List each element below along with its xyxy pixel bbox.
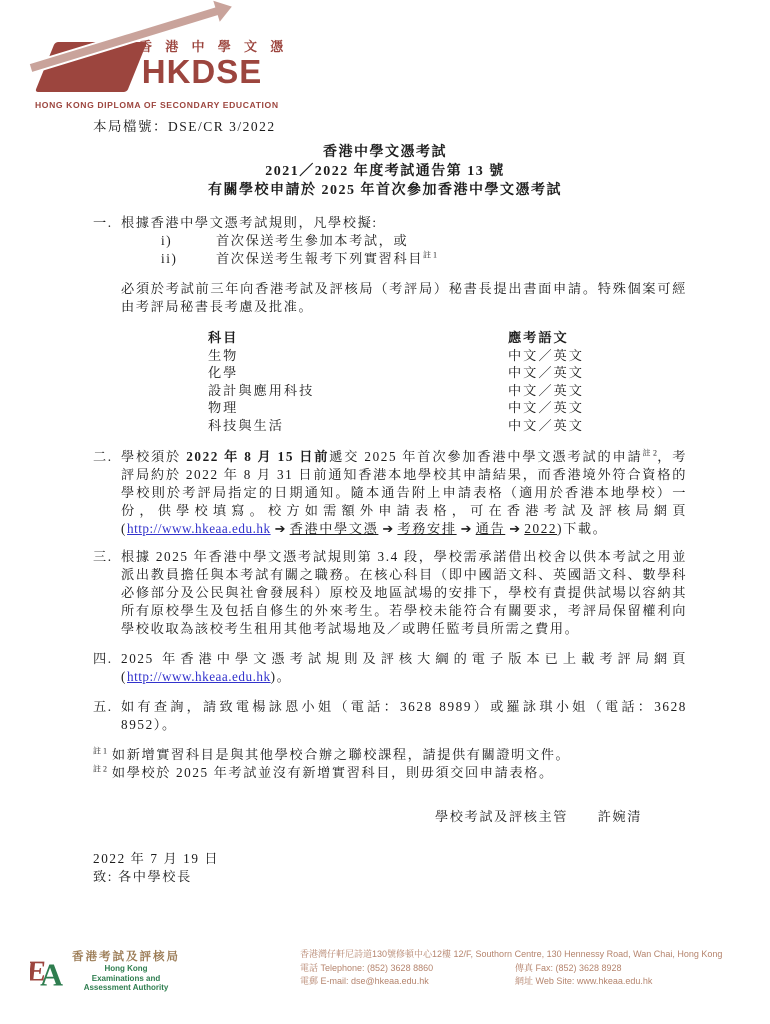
arrow-right-icon: ➔ xyxy=(378,521,397,536)
language-cell: 中文／英文 xyxy=(508,364,584,382)
paragraph-4-number: 四. xyxy=(93,650,121,686)
nav-path-item: 考務安排 xyxy=(397,521,456,536)
paragraph-3-body: 根據 2025 年香港中學文憑考試規則第 3.4 段，學校需承諾借出校舍以供本考… xyxy=(121,548,687,638)
footnote-1-marker: 註 1 xyxy=(93,747,107,756)
subjects-table: 科目 應考語文 生物 中文／英文 化學 中文／英文 設計與應用科技 中文／英文 xyxy=(208,329,687,434)
paragraph-1-intro: 根據香港中學文憑考試規則，凡學校擬: xyxy=(121,214,687,232)
footer-website: 網址 Web Site: www.hkeaa.edu.hk xyxy=(515,975,652,989)
notice-document-page: 香 港 中 學 文 憑 HKDSE HONG KONG DIPLOMA OF S… xyxy=(0,0,770,1024)
footer-fax: 傳真 Fax: (852) 3628 8928 xyxy=(515,962,622,976)
hkeaa-footer: E A 香港考試及評核局 Hong Kong Examinations and … xyxy=(30,948,742,994)
footnote-2-text: 如學校於 2025 年考試並沒有新增實習科目，則毋須交回申請表格。 xyxy=(112,765,554,780)
paragraph-2: 二. 學校須於 2022 年 8 月 15 日前遞交 2025 年首次參加香港中… xyxy=(93,448,687,538)
paragraph-1-continuation: 必須於考試前三年向香港考試及評核局（考評局）秘書長提出書面申請。特殊個案可經由考… xyxy=(121,280,687,316)
paragraph-1-item-i: i) 首次保送考生參加本考試，或 xyxy=(161,232,687,250)
col-language-header: 應考語文 xyxy=(508,329,569,347)
nav-path-item: 通告 xyxy=(476,521,506,536)
paragraph-2-number: 二. xyxy=(93,448,121,538)
file-reference: 本局檔號：DSE/CR 3/2022 xyxy=(93,115,276,135)
footnote-2-marker: 註 2 xyxy=(93,765,107,774)
paragraph-3: 三. 根據 2025 年香港中學文憑考試規則第 3.4 段，學校需承諾借出校舍以… xyxy=(93,548,687,638)
footer-email: 電郵 E-mail: dse@hkeaa.edu.hk xyxy=(300,975,515,989)
paragraph-4: 四. 2025 年香港中學文憑考試規則及評核大綱的電子版本已上載考評局網頁(ht… xyxy=(93,650,687,686)
hkeaa-org-english-2: Examinations and xyxy=(72,974,180,984)
language-cell: 中文／英文 xyxy=(508,417,584,435)
table-row: 科技與生活 中文／英文 xyxy=(208,417,687,435)
table-row: 生物 中文／英文 xyxy=(208,347,687,365)
notice-title: 香港中學文憑考試 2021／2022 年度考試通告第 13 號 有關學校申請於 … xyxy=(0,143,770,200)
footnote-ref-2: 註 2 xyxy=(643,449,657,458)
paragraph-1-number: 一. xyxy=(93,214,121,438)
item-ii-number: ii) xyxy=(161,250,216,268)
footnote-1: 註 1 如新增實習科目是與其他學校合辦之聯校課程，請提供有關證明文件。 xyxy=(93,746,687,764)
table-row: 化學 中文／英文 xyxy=(208,364,687,382)
arrow-right-icon: ➔ xyxy=(505,521,524,536)
svg-text:A: A xyxy=(40,957,63,992)
footnote-1-text: 如新增實習科目是與其他學校合辦之聯校課程，請提供有關證明文件。 xyxy=(112,747,570,762)
hkdse-logo-text: 香 港 中 學 文 憑 HKDSE xyxy=(139,36,265,89)
paragraph-5-number: 五. xyxy=(93,698,121,734)
table-row: 設計與應用科技 中文／英文 xyxy=(208,382,687,400)
deadline-bold-text: 2022 年 8 月 15 日前 xyxy=(186,449,329,464)
hkeaa-website-link[interactable]: http://www.hkeaa.edu.hk xyxy=(127,521,271,536)
subject-cell: 化學 xyxy=(208,364,508,382)
paragraph-4-body: 2025 年香港中學文憑考試規則及評核大綱的電子版本已上載考評局網頁(http:… xyxy=(121,650,687,686)
paragraph-2-body: 學校須於 2022 年 8 月 15 日前遞交 2025 年首次參加香港中學文憑… xyxy=(121,448,687,538)
subject-cell: 生物 xyxy=(208,347,508,365)
paragraph-1-body: 根據香港中學文憑考試規則，凡學校擬: i) 首次保送考生參加本考試，或 ii) … xyxy=(121,214,687,438)
item-i-number: i) xyxy=(161,232,216,250)
hkdse-logo-english: HONG KONG DIPLOMA OF SECONDARY EDUCATION xyxy=(35,100,265,110)
footnotes: 註 1 如新增實習科目是與其他學校合辦之聯校課程，請提供有關證明文件。 註 2 … xyxy=(93,746,687,782)
hkeaa-website-link[interactable]: http://www.hkeaa.edu.hk xyxy=(127,669,271,684)
paragraph-1-item-ii: ii) 首次保送考生報考下列實習科目註 1 xyxy=(161,250,687,268)
paragraph-5: 五. 如有查詢，請致電楊詠恩小姐（電話：3628 8989）或羅詠琪小姐（電話：… xyxy=(93,698,687,734)
language-cell: 中文／英文 xyxy=(508,347,584,365)
footer-online-row: 電郵 E-mail: dse@hkeaa.edu.hk 網址 Web Site:… xyxy=(300,975,722,989)
footer-telephone: 電話 Telephone: (852) 3628 8860 xyxy=(300,962,515,976)
hkdse-logo-acronym: HKDSE xyxy=(139,55,265,89)
table-row: 物理 中文／英文 xyxy=(208,399,687,417)
addressee-line: 致: 各中學校長 xyxy=(93,868,687,886)
hkeaa-org-english-3: Assessment Authority xyxy=(72,983,180,993)
footnote-ref-1: 註 1 xyxy=(423,251,437,260)
item-i-text: 首次保送考生參加本考試，或 xyxy=(216,232,408,250)
hkeaa-org-names: 香港考試及評核局 Hong Kong Examinations and Asse… xyxy=(72,948,180,994)
hkeaa-org-chinese: 香港考試及評核局 xyxy=(72,948,180,964)
paragraph-3-number: 三. xyxy=(93,548,121,638)
subjects-table-header: 科目 應考語文 xyxy=(208,329,687,347)
footer-address: 香港灣仔軒尼詩道130號修頓中心12樓 12/F, Southorn Centr… xyxy=(300,948,722,962)
hkeaa-org-block: E A 香港考試及評核局 Hong Kong Examinations and … xyxy=(30,948,180,994)
hkeaa-org-english-1: Hong Kong xyxy=(72,964,180,974)
paragraph-5-body: 如有查詢，請致電楊詠恩小姐（電話：3628 8989）或羅詠琪小姐（電話：362… xyxy=(121,698,687,734)
footer-phone-row: 電話 Telephone: (852) 3628 8860 傳真 Fax: (8… xyxy=(300,962,722,976)
title-line-2: 2021／2022 年度考試通告第 13 號 xyxy=(0,162,770,181)
signature-line: 學校考試及評核主管 許婉清 xyxy=(93,808,687,826)
title-line-1: 香港中學文憑考試 xyxy=(0,143,770,162)
subject-cell: 物理 xyxy=(208,399,508,417)
hkdse-logo: 香 港 中 學 文 憑 HKDSE HONG KONG DIPLOMA OF S… xyxy=(35,28,265,108)
language-cell: 中文／英文 xyxy=(508,399,584,417)
item-ii-text: 首次保送考生報考下列實習科目註 1 xyxy=(216,250,437,268)
nav-path-item: 香港中學文憑 xyxy=(290,521,379,536)
date-line: 2022 年 7 月 19 日 xyxy=(93,850,687,868)
hkeaa-logo-icon: E A xyxy=(30,948,66,994)
subject-cell: 設計與應用科技 xyxy=(208,382,508,400)
col-subject-header: 科目 xyxy=(208,329,508,347)
nav-path-item: 2022 xyxy=(524,521,557,536)
arrow-right-icon: ➔ xyxy=(271,521,290,536)
paragraph-1: 一. 根據香港中學文憑考試規則，凡學校擬: i) 首次保送考生參加本考試，或 i… xyxy=(93,214,687,438)
title-line-3: 有關學校申請於 2025 年首次參加香港中學文憑考試 xyxy=(0,181,770,200)
footnote-2: 註 2 如學校於 2025 年考試並沒有新增實習科目，則毋須交回申請表格。 xyxy=(93,764,687,782)
subject-cell: 科技與生活 xyxy=(208,417,508,435)
language-cell: 中文／英文 xyxy=(508,382,584,400)
notice-body: 一. 根據香港中學文憑考試規則，凡學校擬: i) 首次保送考生參加本考試，或 i… xyxy=(93,214,687,886)
hkeaa-contact-block: 香港灣仔軒尼詩道130號修頓中心12樓 12/F, Southorn Centr… xyxy=(300,948,722,994)
arrow-right-icon: ➔ xyxy=(457,521,476,536)
